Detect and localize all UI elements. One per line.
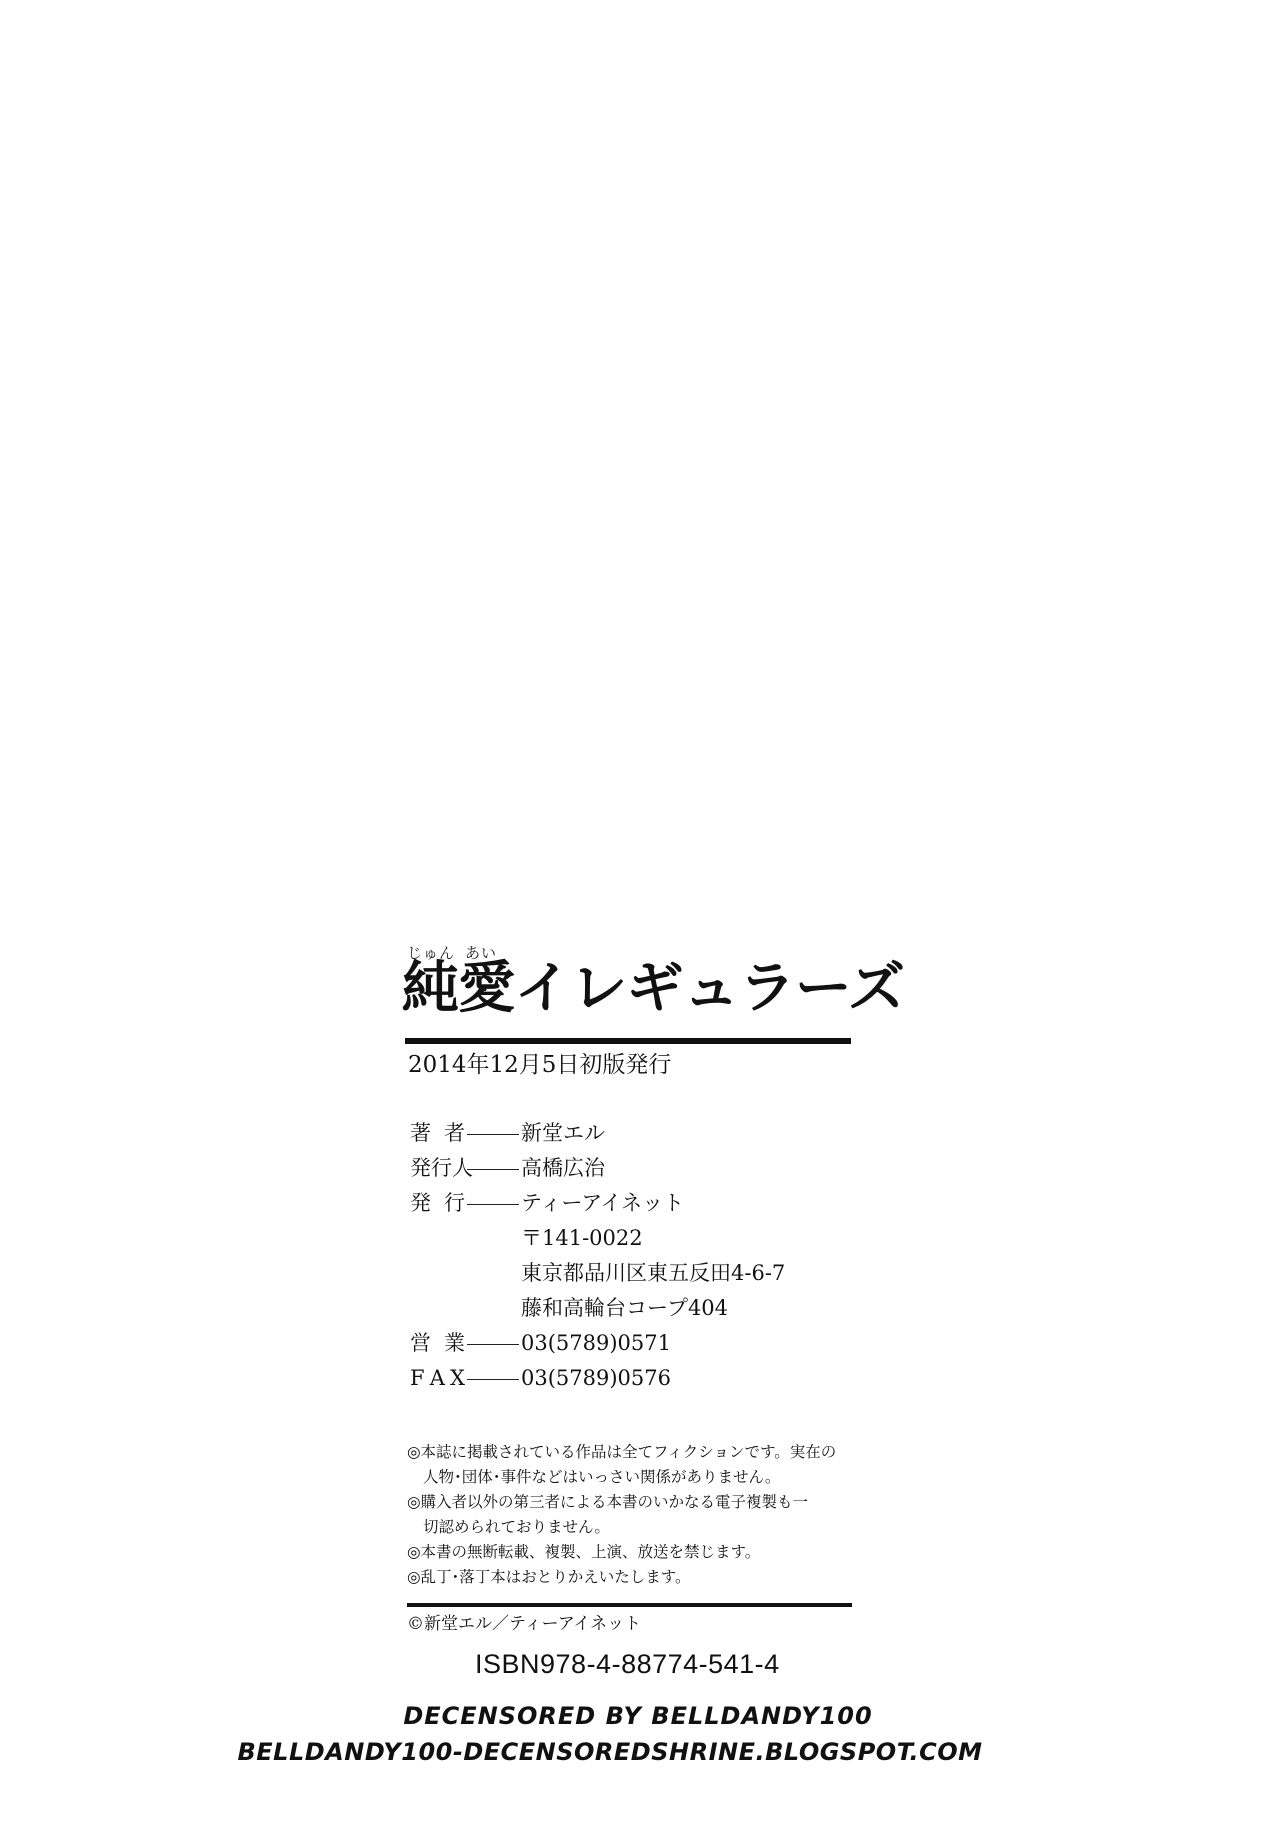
notice-fiction: ◎本誌に掲載されている作品は全てフィクションです。実在の xyxy=(407,1440,836,1465)
address-line-1: 東京都品川区東五反田4-6-7 xyxy=(410,1256,785,1291)
leader-dash xyxy=(467,1204,519,1205)
contact-fax: FAX 03(5789)0576 xyxy=(410,1361,785,1396)
leader-dash xyxy=(467,1169,519,1170)
notice-fiction-cont: 人物･団体･事件などはいっさい関係がありません。 xyxy=(407,1465,836,1490)
credit-author: 著者 新堂エル xyxy=(410,1116,785,1151)
credit-publisher-person: 発行人 高橋広治 xyxy=(410,1151,785,1186)
leader-dash xyxy=(467,1379,519,1380)
credit-publisher: 発行 ティーアイネット xyxy=(410,1186,785,1221)
notice-digital-copy-cont: 切認められておりません。 xyxy=(407,1515,836,1540)
credit-label: 著者 xyxy=(410,1116,465,1151)
contact-value: 03(5789)0571 xyxy=(521,1326,671,1361)
book-title: 純愛イレギュラーズ xyxy=(402,958,904,1018)
contact-label: FAX xyxy=(410,1361,465,1396)
notice-digital-copy: ◎購入者以外の第三者による本書のいかなる電子複製も一 xyxy=(407,1490,836,1515)
copyright-divider xyxy=(407,1603,852,1607)
credit-value: 新堂エル xyxy=(521,1116,605,1151)
contact-label: 営業 xyxy=(410,1326,465,1361)
notice-replacement: ◎乱丁･落丁本はおとりかえいたします。 xyxy=(407,1565,836,1590)
contact-sales: 営業 03(5789)0571 xyxy=(410,1326,785,1361)
contact-value: 03(5789)0576 xyxy=(521,1361,671,1396)
notices-block: ◎本誌に掲載されている作品は全てフィクションです。実在の 人物･団体･事件などは… xyxy=(407,1440,836,1590)
address-line-2: 藤和高輪台コープ404 xyxy=(410,1291,785,1326)
credit-value: 高橋広治 xyxy=(521,1151,605,1186)
decensor-credit: DECENSORED BY BELLDANDY100 xyxy=(0,1702,1278,1730)
credit-label: 発行人 xyxy=(410,1151,465,1186)
decensor-url: BELLDANDY100-DECENSOREDSHRINE.BLOGSPOT.C… xyxy=(0,1738,1250,1766)
title-divider xyxy=(405,1038,851,1044)
leader-dash xyxy=(467,1134,519,1135)
credit-label: 発行 xyxy=(410,1186,465,1221)
notice-reproduction: ◎本書の無断転載、複製、上演、放送を禁じます。 xyxy=(407,1540,836,1565)
isbn: ISBN978-4-88774-541-4 xyxy=(475,1647,780,1681)
copyright-notice: ©新堂エル／ティーアイネット xyxy=(407,1612,641,1636)
credits-block: 著者 新堂エル 発行人 高橋広治 発行 ティーアイネット 〒141-0022 東… xyxy=(410,1116,785,1396)
leader-dash xyxy=(467,1344,519,1345)
credit-value: ティーアイネット xyxy=(521,1186,684,1221)
publication-date: 2014年12月5日初版発行 xyxy=(408,1050,671,1080)
address-postal: 〒141-0022 xyxy=(410,1221,785,1256)
